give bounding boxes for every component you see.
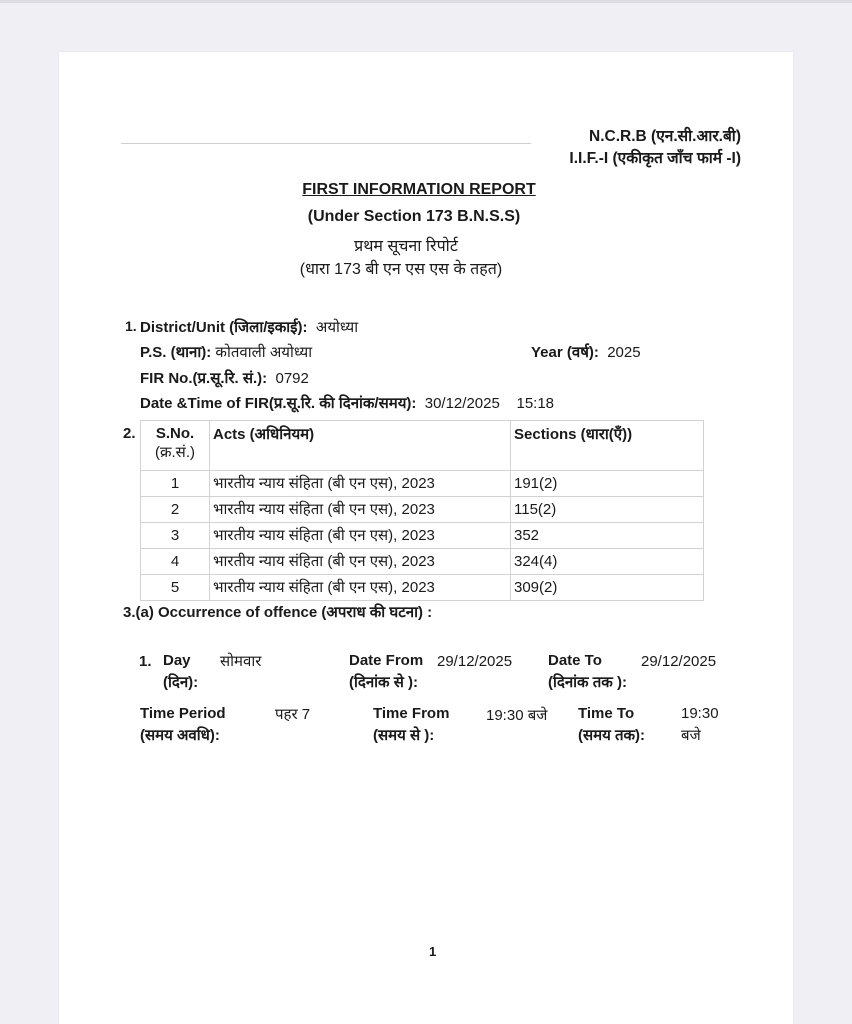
sno-cell: 2 [141,497,210,523]
day-value: सोमवार [220,651,261,671]
form-header: I.I.F.-I (एकीकृत जाँच फार्म -I) [569,146,741,168]
date-from-label-en: Date From [349,650,423,672]
document-page: N.C.R.B (एन.सी.आर.बी) I.I.F.-I (एकीकृत ज… [59,52,793,1024]
police-station-label: P.S. (थाना): [140,344,211,361]
column-header-sno: S.No. (क्र.सं.) [141,421,210,471]
time-from-value: 19:30 बजे [486,705,547,725]
day-label-hindi: (दिन): [163,672,198,694]
act-cell: भारतीय न्याय संहिता (बी एन एस), 2023 [210,497,511,523]
section-cell: 309(2) [511,575,704,601]
date-to-label: Date To (दिनांक तक ): [548,650,627,694]
date-to-label-hindi: (दिनांक तक ): [548,672,627,694]
report-title-hindi: प्रथम सूचना रिपोर्ट [39,234,773,256]
page-number: 1 [429,944,436,959]
time-to-value-suffix: बजे [681,725,719,747]
column-header-sections: Sections (धारा(एँ)) [511,421,704,471]
act-cell: भारतीय न्याय संहिता (बी एन एस), 2023 [210,523,511,549]
time-to-label-hindi: (समय तक): [578,725,645,747]
time-to-value: 19:30 बजे [681,703,719,747]
district-value: अयोध्या [316,319,358,336]
section-3-number: 3.(a) [123,604,154,621]
occurrence-item-number: 1. [139,653,152,670]
section-cell: 324(4) [511,549,704,575]
time-period-label: Time Period (समय अवधि): [140,703,226,747]
time-from-label-hindi: (समय से ): [373,725,449,747]
time-to-label: Time To (समय तक): [578,703,645,747]
sno-cell: 4 [141,549,210,575]
district-row: District/Unit (जिला/इकाई): अयोध्या [140,317,358,337]
section-cell: 352 [511,523,704,549]
time-to-label-en: Time To [578,703,645,725]
fir-date-value: 30/12/2025 [425,395,500,412]
act-cell: भारतीय न्याय संहिता (बी एन एस), 2023 [210,575,511,601]
section-1-number: 1. [125,318,137,334]
table-row: 1भारतीय न्याय संहिता (बी एन एस), 2023191… [141,471,704,497]
sections-header-label: Sections (धारा(एँ)) [514,426,632,443]
day-label-en: Day [163,650,198,672]
date-to-label-en: Date To [548,650,627,672]
viewer-top-bar [0,0,852,3]
acts-table-body: 1भारतीय न्याय संहिता (बी एन एस), 2023191… [141,471,704,601]
police-station-row: P.S. (थाना): कोतवाली अयोध्या [140,342,312,362]
date-from-label: Date From (दिनांक से ): [349,650,423,694]
table-row: 4भारतीय न्याय संहिता (बी एन एस), 2023324… [141,549,704,575]
report-subtitle-hindi: (धारा 173 बी एन एस एस के तहत) [34,257,768,279]
table-header-row: S.No. (क्र.सं.) Acts (अधिनियम) Sections … [141,421,704,471]
time-period-label-en: Time Period [140,703,226,725]
column-header-acts: Acts (अधिनियम) [210,421,511,471]
fir-datetime-row: Date &Time of FIR(प्र.सू.रि. की दिनांक/स… [140,393,554,413]
section-3-heading: 3.(a) Occurrence of offence (अपराध की घट… [123,602,432,622]
acts-sections-table: S.No. (क्र.सं.) Acts (अधिनियम) Sections … [140,420,704,601]
year-label: Year (वर्ष): [531,344,599,361]
time-period-label-hindi: (समय अवधि): [140,725,226,747]
table-row: 2भारतीय न्याय संहिता (बी एन एस), 2023115… [141,497,704,523]
fir-number-value: 0792 [276,370,309,387]
sno-cell: 3 [141,523,210,549]
time-from-label-en: Time From [373,703,449,725]
date-from-label-hindi: (दिनांक से ): [349,672,423,694]
time-from-label: Time From (समय से ): [373,703,449,747]
fir-number-row: FIR No.(प्र.सू.रि. सं.): 0792 [140,368,309,388]
time-period-value: पहर 7 [275,704,310,724]
year-row: Year (वर्ष): 2025 [531,342,641,362]
report-title: FIRST INFORMATION REPORT [52,181,786,199]
section-cell: 115(2) [511,497,704,523]
act-cell: भारतीय न्याय संहिता (बी एन एस), 2023 [210,471,511,497]
police-station-value: कोतवाली अयोध्या [215,344,312,361]
report-subtitle: (Under Section 173 B.N.S.S) [47,208,781,226]
sno-cell: 5 [141,575,210,601]
section-3-title: Occurrence of offence (अपराध की घटना) : [158,604,432,621]
act-cell: भारतीय न्याय संहिता (बी एन एस), 2023 [210,549,511,575]
day-label: Day (दिन): [163,650,198,694]
year-value: 2025 [607,344,640,361]
fir-number-label: FIR No.(प्र.सू.रि. सं.): [140,370,267,387]
section-cell: 191(2) [511,471,704,497]
sno-header-hindi: (क्र.सं.) [144,443,206,462]
date-from-value: 29/12/2025 [437,653,512,670]
ncrb-header: N.C.R.B (एन.सी.आर.बी) [589,124,741,146]
date-to-value: 29/12/2025 [641,653,716,670]
fir-datetime-label: Date &Time of FIR(प्र.सू.रि. की दिनांक/स… [140,395,416,412]
header-rule [121,143,531,144]
sno-header-label: S.No. [144,424,206,443]
acts-header-label: Acts (अधिनियम) [213,426,314,443]
table-row: 3भारतीय न्याय संहिता (बी एन एस), 2023352 [141,523,704,549]
time-to-value-time: 19:30 [681,703,719,725]
table-row: 5भारतीय न्याय संहिता (बी एन एस), 2023309… [141,575,704,601]
sno-cell: 1 [141,471,210,497]
section-2-number: 2. [123,425,136,442]
fir-time-value: 15:18 [516,395,554,412]
district-label: District/Unit (जिला/इकाई): [140,319,308,336]
